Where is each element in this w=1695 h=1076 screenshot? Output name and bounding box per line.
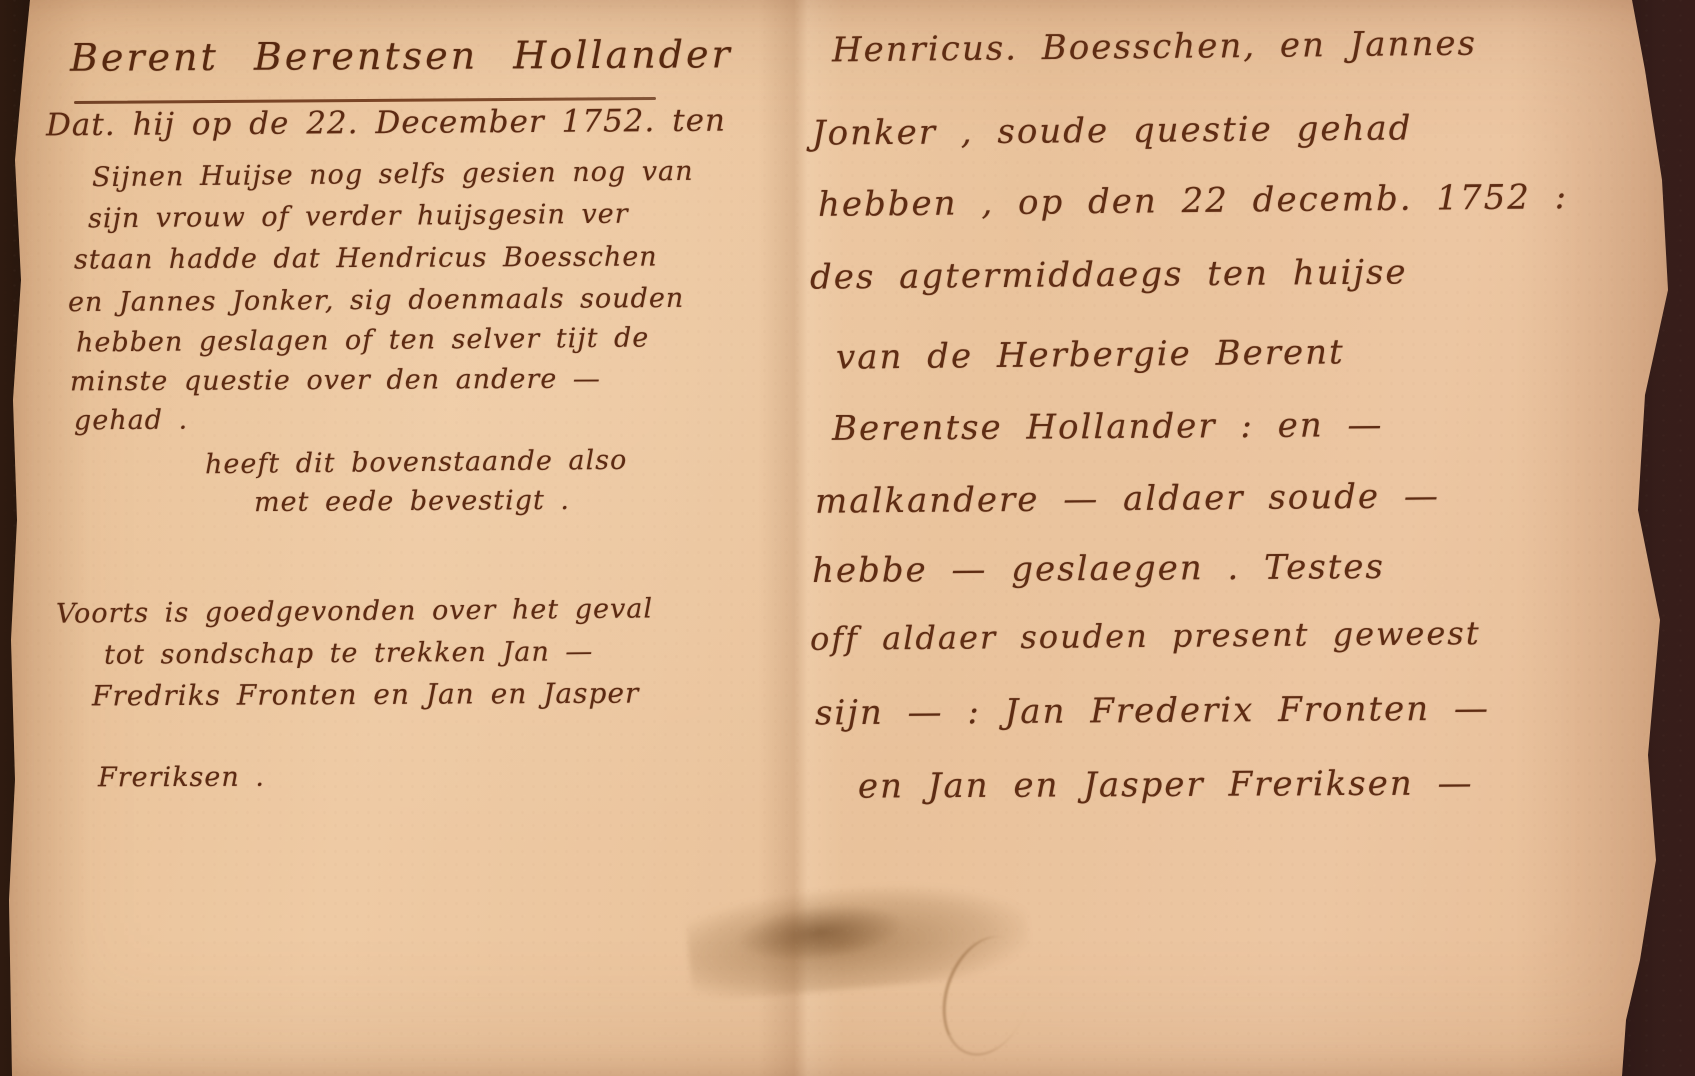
manuscript-line: sijn vrouw of verder huijsgesin ver (88, 201, 629, 233)
manuscript-line: Henricus. Boesschen, en Jannes (832, 27, 1477, 68)
manuscript-line: Sijnen Huijse nog selfs gesien nog van (92, 158, 694, 191)
manuscript-line: minste questie over den andere — (70, 366, 601, 396)
manuscript-line: met eede bevestigt . (254, 487, 570, 516)
manuscript-line: staan hadde dat Hendricus Boesschen (74, 243, 658, 273)
manuscript-line: Fredriks Fronten en Jan en Jasper (92, 680, 640, 711)
manuscript-line: Freriksen . (98, 764, 265, 792)
manuscript-line: gehad . (74, 407, 188, 435)
manuscript-line: Berentse Hollander : en — (832, 408, 1384, 446)
manuscript-line: Voorts is goedgevonden over het geval (56, 595, 653, 627)
manuscript-line: malkandere — aldaer soude — (815, 479, 1440, 518)
manuscript-line: des agtermiddaegs ten huijse (810, 255, 1408, 294)
manuscript-line: tot sondschap te trekken Jan — (104, 638, 594, 668)
manuscript-line: Dat. hij op de 22. December 1752. ten (46, 106, 726, 142)
manuscript-line: hebben geslagen of ten selver tijt de (76, 324, 650, 356)
manuscript-line: van de Herbergie Berent (836, 335, 1345, 374)
manuscript-heading: Berent Berentsen Hollander (70, 32, 733, 79)
manuscript-line: hebbe — geslaegen . Testes (812, 550, 1385, 588)
manuscript-line: sijn — : Jan Frederix Fronten — (815, 692, 1490, 731)
manuscript-line: en Jan en Jasper Freriksen — (858, 766, 1474, 803)
manuscript-line: hebben , op den 22 decemb. 1752 : (818, 180, 1568, 222)
manuscript-photo: Berent Berentsen Hollander Dat. hij op d… (0, 0, 1695, 1076)
manuscript-line: Jonker , soude questie gehad (812, 111, 1413, 150)
manuscript-line: off aldaer souden present geweest (810, 617, 1481, 655)
manuscript-line: heeft dit bovenstaande also (205, 447, 628, 478)
manuscript-line: en Jannes Jonker, sig doenmaals souden (68, 285, 684, 316)
